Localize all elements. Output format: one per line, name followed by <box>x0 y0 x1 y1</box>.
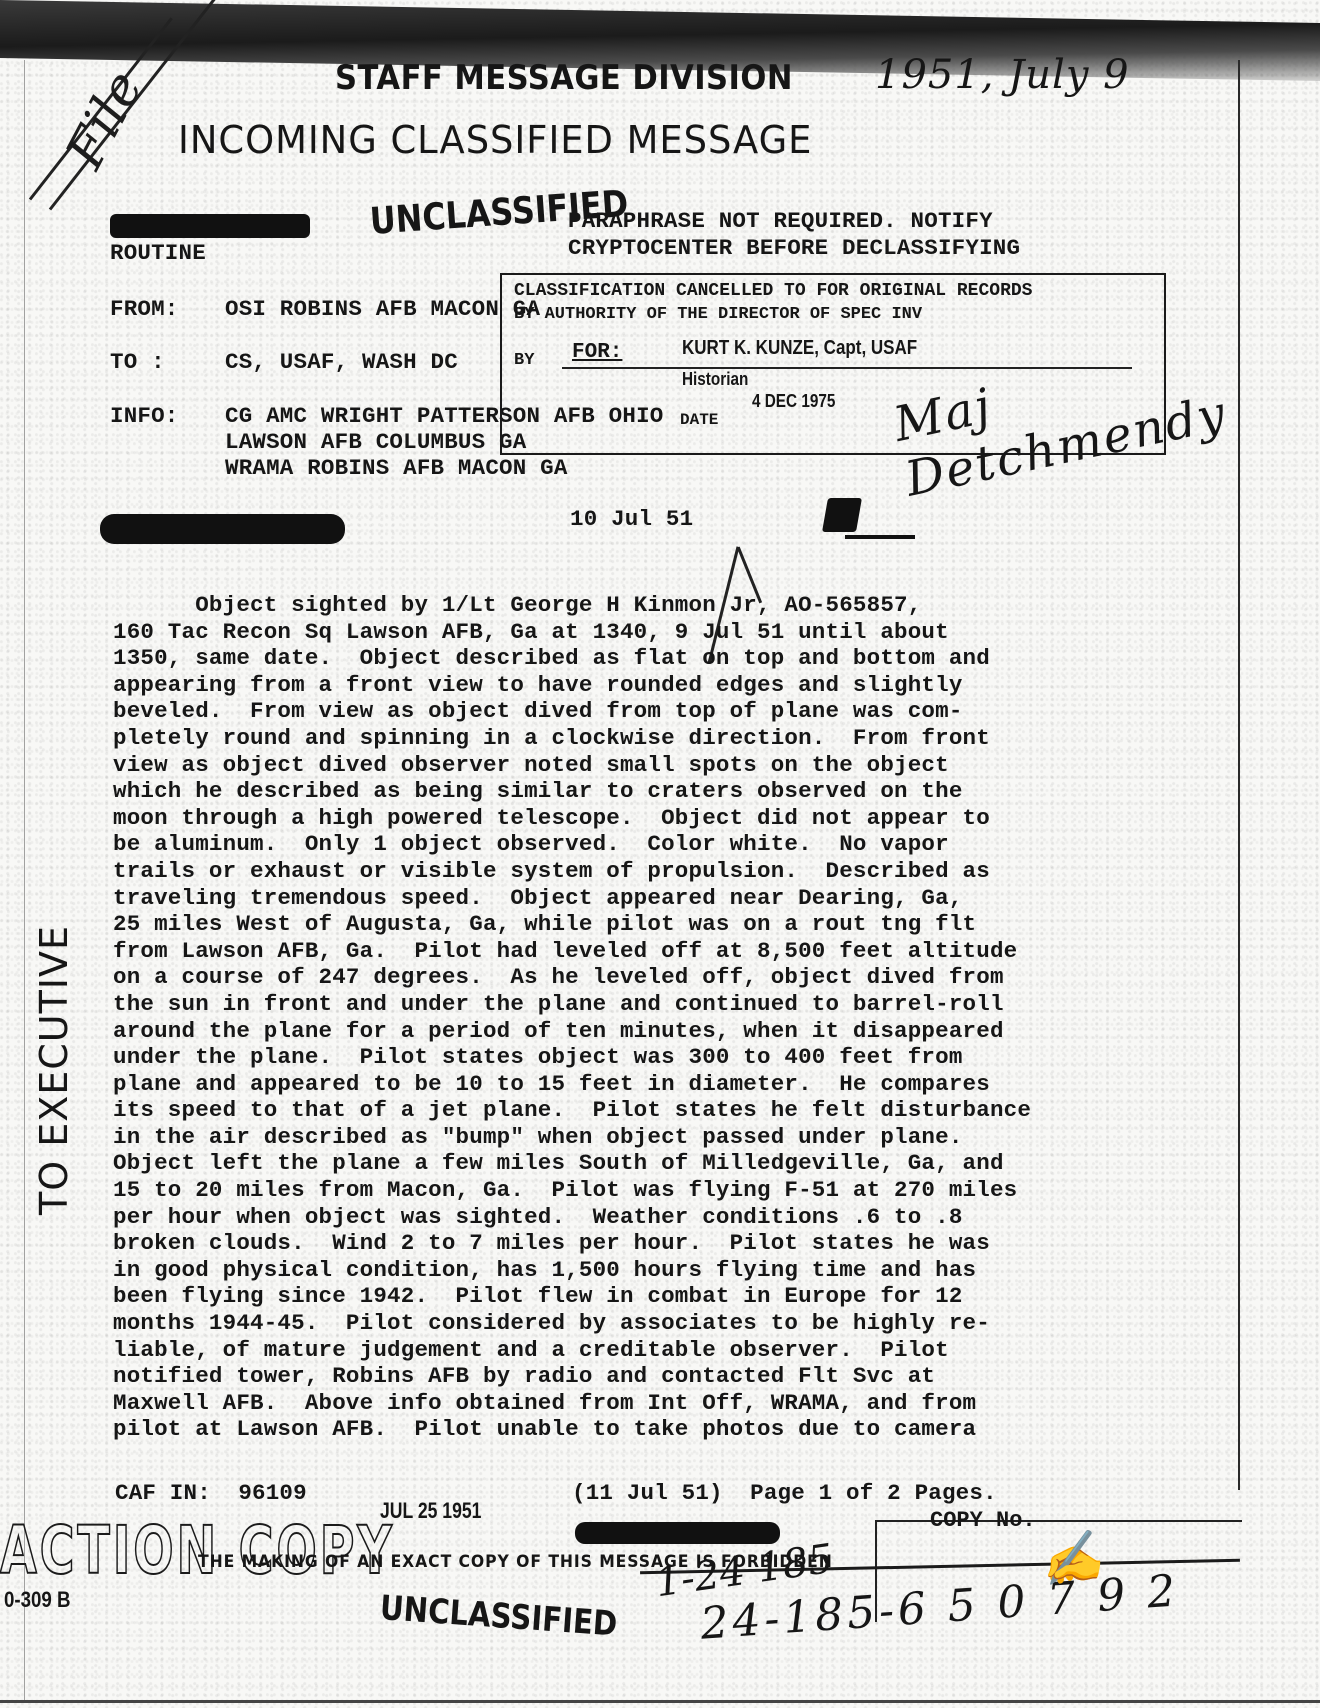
message-body-line: broken clouds. Wind 2 to 7 miles per hou… <box>113 1230 1233 1257</box>
redaction-mark-tail <box>845 535 915 539</box>
message-body-line: its speed to that of a jet plane. Pilot … <box>113 1097 1233 1124</box>
caf-in-number: CAF IN: 96109 <box>115 1480 307 1506</box>
to-executive-stamp: TO EXECUTIVE <box>32 925 76 1215</box>
caf-in-label: CAF IN: <box>115 1480 211 1506</box>
declassification-stamp: CLASSIFICATION CANCELLED TO FOR ORIGINAL… <box>500 273 1166 455</box>
unclassified-stamp-bottom: UNCLASSIFIED <box>379 1588 619 1644</box>
declass-authority-line: BY AUTHORITY OF THE DIRECTOR OF SPEC INV <box>514 305 922 324</box>
message-body-line: per hour when object was sighted. Weathe… <box>113 1204 1233 1231</box>
message-body-line: traveling tremendous speed. Object appea… <box>113 885 1233 912</box>
info-value-3: WRAMA ROBINS AFB MACON GA <box>225 455 568 481</box>
info-value-2: LAWSON AFB COLUMBUS GA <box>225 429 526 455</box>
message-body-line: trails or exhaust or visible system of p… <box>113 858 1233 885</box>
message-body-line: pilot at Lawson AFB. Pilot unable to tak… <box>113 1416 1233 1443</box>
message-body-line: around the plane for a period of ten min… <box>113 1018 1233 1045</box>
declass-for-label: FOR: <box>572 341 622 364</box>
message-body-line: from Lawson AFB, Ga. Pilot had leveled o… <box>113 938 1233 965</box>
form-number: 0-309 B <box>4 1587 71 1613</box>
declass-signature: Maj Detchmendy <box>889 330 1232 507</box>
message-body-line: beveled. From view as object dived from … <box>113 698 1233 725</box>
message-body-line: on a course of 247 degrees. As he levele… <box>113 964 1233 991</box>
action-copy-stamp: ACTION COPY <box>0 1512 395 1589</box>
bottom-edge-rule <box>0 1700 1320 1703</box>
info-label: INFO: <box>110 403 179 429</box>
to-value: CS, USAF, WASH DC <box>225 349 458 375</box>
message-body-line: view as object dived observer noted smal… <box>113 752 1233 779</box>
page-count: Page 1 of 2 Pages. <box>750 1480 997 1506</box>
message-body-line: 25 miles West of Augusta, Ga, while pilo… <box>113 911 1233 938</box>
paraphrase-notice-line2: CRYPTOCENTER BEFORE DECLASSIFYING <box>568 235 1020 262</box>
document-page: File STAFF MESSAGE DIVISION 1951, July 9… <box>0 0 1320 1708</box>
caf-in-value: 96109 <box>238 1480 307 1506</box>
received-date-stamp: JUL 25 1951 <box>380 1498 481 1524</box>
paraphrase-notice-line1: PARAPHRASE NOT REQUIRED. NOTIFY <box>568 208 1020 235</box>
from-value: OSI ROBINS AFB MACON GA <box>225 296 540 322</box>
division-heading: STAFF MESSAGE DIVISION <box>335 58 793 98</box>
declass-by-label: BY <box>514 351 534 370</box>
message-body-line: the sun in front and under the plane and… <box>113 991 1233 1018</box>
message-body-line: notified tower, Robins AFB by radio and … <box>113 1363 1233 1390</box>
message-body-line: Maxwell AFB. Above info obtained from In… <box>113 1390 1233 1417</box>
message-body-line: Object left the plane a few miles South … <box>113 1150 1233 1177</box>
declass-cancelled-line: CLASSIFICATION CANCELLED TO FOR ORIGINAL… <box>514 281 1032 301</box>
redaction-bar <box>575 1522 780 1544</box>
redaction-bar <box>100 514 345 544</box>
declass-date-value: 4 DEC 1975 <box>752 391 835 412</box>
message-body-line: in good physical condition, has 1,500 ho… <box>113 1257 1233 1284</box>
message-body-line: pletely round and spinning in a clockwis… <box>113 725 1233 752</box>
message-body-line: plane and appeared to be 10 to 15 feet i… <box>113 1071 1233 1098</box>
message-date: 10 Jul 51 <box>570 506 693 532</box>
declass-officer-title: Historian <box>682 369 748 390</box>
redaction-mark <box>822 498 862 532</box>
message-body-line: under the plane. Pilot states object was… <box>113 1044 1233 1071</box>
message-body-line: moon through a high powered telescope. O… <box>113 805 1233 832</box>
from-label: FROM: <box>110 296 179 322</box>
message-body-line: 1350, same date. Object described as fla… <box>113 645 1233 672</box>
message-body-line: Object sighted by 1/Lt George H Kinmon J… <box>113 592 1233 619</box>
handwritten-initials: ✍ <box>1036 1526 1106 1593</box>
page-info: (11 Jul 51) Page 1 of 2 Pages. <box>572 1480 997 1506</box>
message-body-line: months 1944-45. Pilot considered by asso… <box>113 1310 1233 1337</box>
left-margin-rule <box>24 60 25 1700</box>
message-body-line: liable, of mature judgement and a credit… <box>113 1337 1233 1364</box>
message-body-line: 160 Tac Recon Sq Lawson AFB, Ga at 1340,… <box>113 619 1233 646</box>
copy-number-label: COPY No. <box>930 1508 1036 1533</box>
message-body-line: which he described as being similar to c… <box>113 778 1233 805</box>
date-sent: (11 Jul 51) <box>572 1480 723 1506</box>
document-title: INCOMING CLASSIFIED MESSAGE <box>178 118 812 162</box>
redaction-bar <box>110 214 310 238</box>
precedence-label: ROUTINE <box>110 240 206 266</box>
to-label: TO : <box>110 349 165 375</box>
message-body-line: 15 to 20 miles from Macon, Ga. Pilot was… <box>113 1177 1233 1204</box>
declass-date-label: DATE <box>680 411 718 429</box>
paraphrase-notice: PARAPHRASE NOT REQUIRED. NOTIFY CRYPTOCE… <box>568 208 1020 262</box>
message-body-line: been flying since 1942. Pilot flew in co… <box>113 1283 1233 1310</box>
message-body: Object sighted by 1/Lt George H Kinmon J… <box>113 592 1233 1443</box>
handwritten-file-note: File <box>55 62 155 179</box>
message-body-line: be aluminum. Only 1 object observed. Col… <box>113 831 1233 858</box>
handwritten-date: 1951, July 9 <box>875 52 1130 98</box>
message-body-line: appearing from a front view to have roun… <box>113 672 1233 699</box>
message-body-line: in the air described as "bump" when obje… <box>113 1124 1233 1151</box>
declass-officer-name: KURT K. KUNZE, Capt, USAF <box>682 337 917 360</box>
right-margin-rule <box>1238 60 1240 1490</box>
